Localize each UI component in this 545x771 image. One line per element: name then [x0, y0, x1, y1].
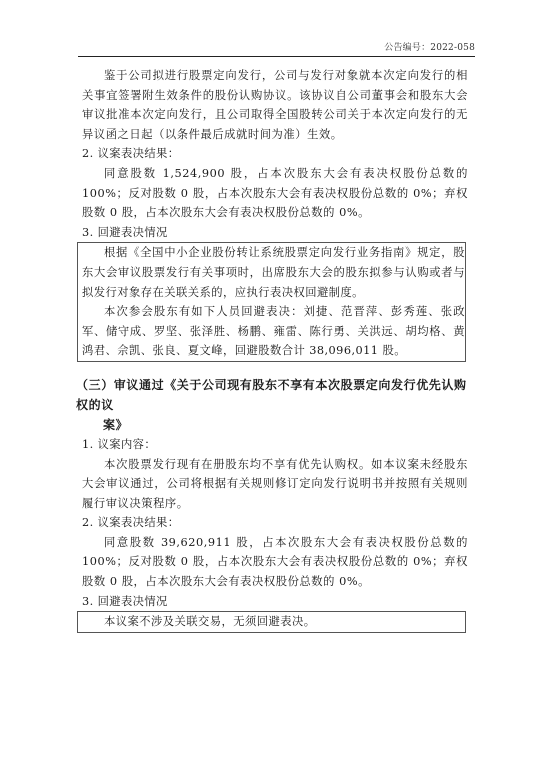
- prev-content-paragraph: 鉴于公司拟进行股票定向发行，公司与发行对象就本次定向发行的相关事宜签署附生效条件…: [82, 66, 468, 144]
- document-page: 公告编号：2022-058 鉴于公司拟进行股票定向发行，公司与发行对象就本次定向…: [0, 0, 545, 771]
- section-3-title-line-2: 案》: [76, 415, 468, 435]
- section-3-recusal-box: 本议案不涉及关联交易，无须回避表决。: [77, 611, 466, 633]
- section-3-content-paragraph: 本次股票发行现有在册股东均不享有优先认购权。如本议案未经股东大会审议通过，公司将…: [82, 455, 468, 514]
- prev-recusal-paragraph-1: 根据《全国中小企业股份转让系统股票定向发行业务指南》规定，股东大会审议股票发行有…: [82, 243, 465, 302]
- section-3-vote-result-text: 同意股数 39,620,911 股，占本次股东大会有表决权股份总数的 100%；…: [82, 533, 468, 592]
- prev-recusal-label: 3. 回避表决情况: [82, 223, 468, 243]
- document-body: 鉴于公司拟进行股票定向发行，公司与发行对象就本次定向发行的相关事宜签署附生效条件…: [82, 66, 468, 633]
- section-3-title-line-1: （三）审议通过《关于公司现有股东不享有本次股票定向发行优先认购权的议: [76, 378, 467, 412]
- prev-vote-result-text: 同意股数 1,524,900 股，占本次股东大会有表决权股份总数的 100%；反…: [82, 164, 468, 223]
- section-3-vote-result-label: 2. 议案表决结果：: [82, 513, 468, 533]
- prev-vote-result-label: 2. 议案表决结果：: [82, 144, 468, 164]
- prev-recusal-box: 根据《全国中小企业股份转让系统股票定向发行业务指南》规定，股东大会审议股票发行有…: [77, 242, 466, 362]
- section-3-recusal-paragraph-1: 本议案不涉及关联交易，无须回避表决。: [82, 612, 465, 632]
- header-rule: [78, 56, 475, 57]
- announcement-code: 公告编号：2022-058: [384, 40, 475, 53]
- section-3-content-label: 1. 议案内容：: [82, 435, 468, 455]
- section-3-recusal-label: 3. 回避表决情况: [82, 592, 468, 612]
- prev-recusal-paragraph-2: 本次参会股东有如下人员回避表决：刘捷、范晋萍、彭秀莲、张政军、储守成、罗坚、张泽…: [82, 302, 465, 361]
- section-3-title: （三）审议通过《关于公司现有股东不享有本次股票定向发行优先认购权的议 案》: [76, 375, 468, 435]
